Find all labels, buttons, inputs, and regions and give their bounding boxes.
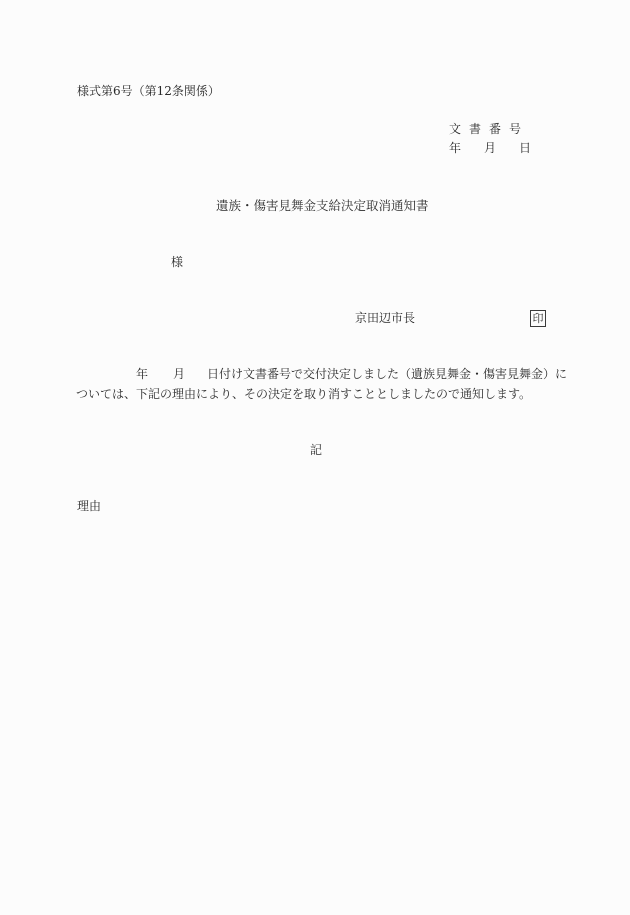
document-title: 遺族・傷害見舞金支給決定取消通知書 bbox=[216, 199, 429, 213]
body-paragraph-line-2: ついては、下記の理由により、その決定を取り消すこととしましたので通知します。 bbox=[76, 387, 531, 401]
reason-label: 理由 bbox=[77, 499, 101, 513]
body-paragraph-line-1: 年月日付け文書番号で交付決定しました（遺族見舞金・傷害見舞金）に bbox=[76, 367, 567, 381]
date-month-label: 月 bbox=[484, 141, 519, 155]
doc-no-char: 文 bbox=[449, 122, 469, 136]
body-year: 年 bbox=[136, 367, 148, 381]
doc-no-char: 番 bbox=[489, 122, 509, 136]
body-month: 月 bbox=[173, 367, 185, 381]
addressee-suffix: 様 bbox=[171, 255, 183, 269]
date-year-label: 年 bbox=[449, 141, 484, 155]
doc-no-char: 書 bbox=[469, 122, 489, 136]
date-line: 年月日 bbox=[449, 141, 531, 155]
doc-no-char: 号 bbox=[509, 122, 529, 136]
sender-name: 京田辺市長 bbox=[355, 311, 415, 325]
seal-icon: 印 bbox=[530, 310, 546, 327]
ki-heading: 記 bbox=[310, 443, 322, 457]
body-line1-text: 日付け文書番号で交付決定しました（遺族見舞金・傷害見舞金）に bbox=[207, 367, 567, 381]
document-number-label: 文書番号 bbox=[449, 122, 529, 136]
form-number: 様式第6号（第12条関係） bbox=[77, 84, 220, 98]
date-day-label: 日 bbox=[519, 141, 531, 155]
